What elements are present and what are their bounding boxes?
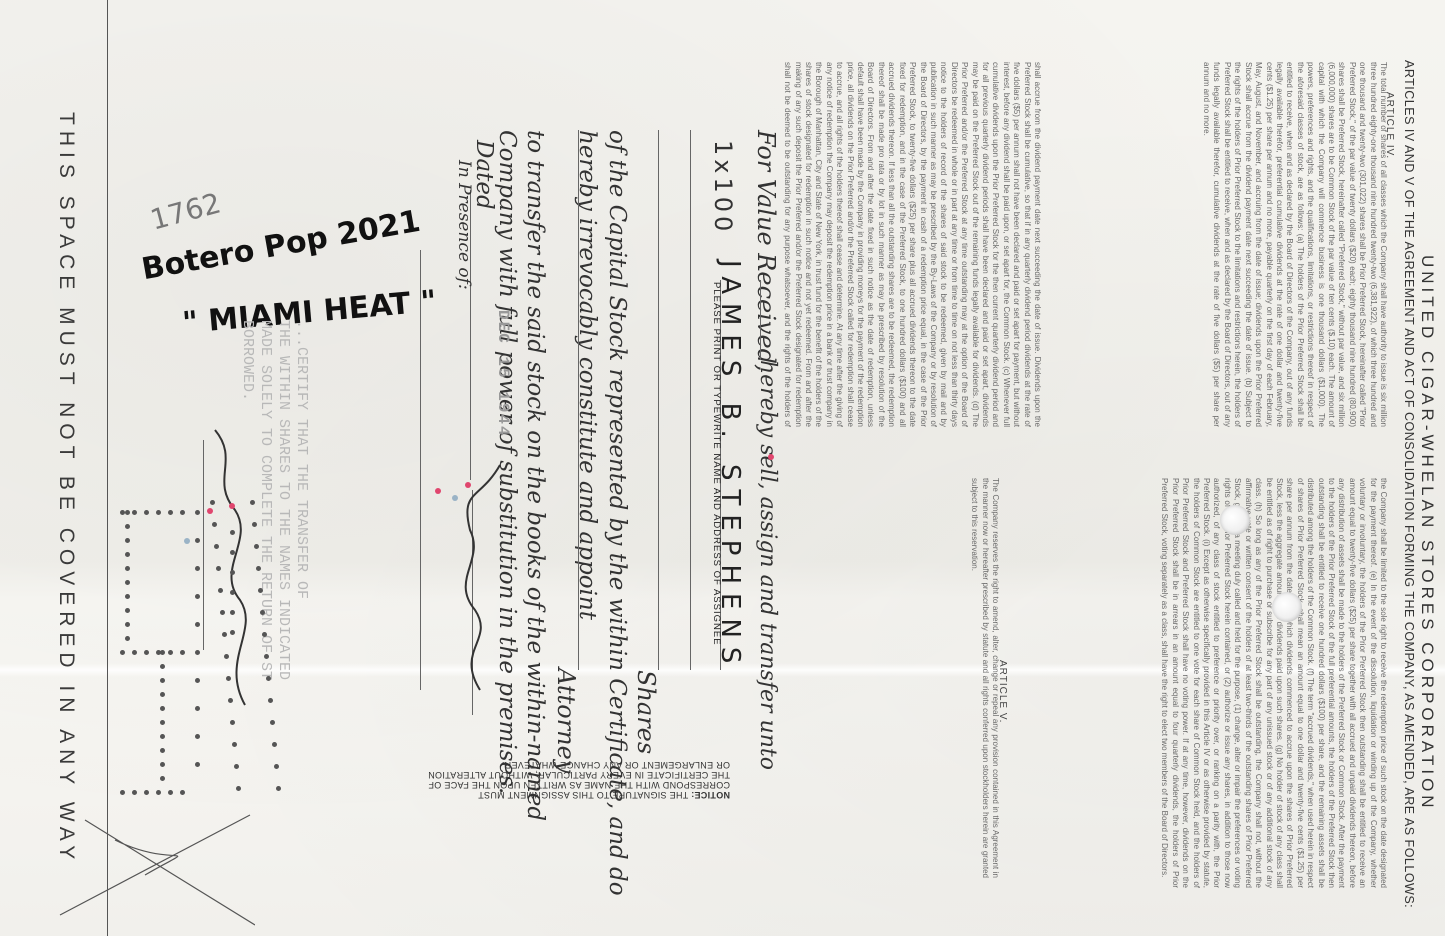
ink-dot <box>229 503 235 509</box>
shares-line <box>658 130 659 670</box>
transfer-line: to transfer the said stock on the books … <box>522 130 548 821</box>
notice-line-1: THE SIGNATURE TO THIS ASSIGNMENT MUST <box>478 790 688 800</box>
margin-warning: THIS SPACE MUST NOT BE COVERED IN ANY WA… <box>54 112 78 865</box>
ink-dot <box>465 482 471 488</box>
presence-label: In Presence of: <box>454 160 474 290</box>
company-title: UNITED CIGAR-WHELAN STORES CORPORATION <box>1417 255 1437 812</box>
ink-dot <box>452 495 458 501</box>
value-line <box>760 280 761 360</box>
value-received-label: For Value Received, <box>752 130 780 372</box>
stamp-line-2: THE WITHIN SHARES TO THE NAMES INDICATED <box>274 320 292 680</box>
attorney-line <box>578 130 579 670</box>
article-iv-column-3: the Company shall be limited to the sole… <box>1098 478 1388 888</box>
assignee-line-2 <box>690 130 691 670</box>
punch-hole <box>1272 592 1302 622</box>
notice-line-2: CORRESPOND WITH THE NAME AS WRITTEN UPON… <box>428 780 730 790</box>
attorney-label: Attorney <box>552 668 580 773</box>
ink-dot <box>207 508 213 514</box>
notice-line-4: OR ENLARGEMENT OR ANY CHANGE WHATEVER. <box>428 760 730 770</box>
ink-dot <box>184 538 190 544</box>
article-v-text: The Company reserves the right to amend,… <box>960 478 1000 878</box>
handwritten-assignee: JAMES B. STEPHENS <box>715 260 745 672</box>
date-stamp: DEC 15 1944 <box>494 310 512 438</box>
notice-label: NOTICE: <box>691 790 730 800</box>
articles-subtitle: ARTICLES IV AND V OF THE AGREEMENT AND A… <box>1402 60 1416 908</box>
handwritten-quantity: 1x100 <box>709 140 737 235</box>
ink-dot <box>768 454 774 460</box>
sell-assign-text: hereby sell, assign and transfer unto <box>755 360 780 770</box>
shares-label: Shares <box>632 670 660 754</box>
article-iv-column-2: shall accrue from the dividend payment d… <box>782 62 1042 427</box>
punch-hole <box>1220 505 1250 535</box>
notice-line-3: THE CERTIFICATE IN EVERY PARTICULAR, WIT… <box>428 770 730 780</box>
ink-dot <box>435 488 441 494</box>
dated-label: Dated <box>471 140 497 210</box>
stamp-line-1: ...CERTIFY THAT THE TRANSFER OF <box>292 320 310 680</box>
notice-block: NOTICE: THE SIGNATURE TO THIS ASSIGNMENT… <box>428 760 730 800</box>
